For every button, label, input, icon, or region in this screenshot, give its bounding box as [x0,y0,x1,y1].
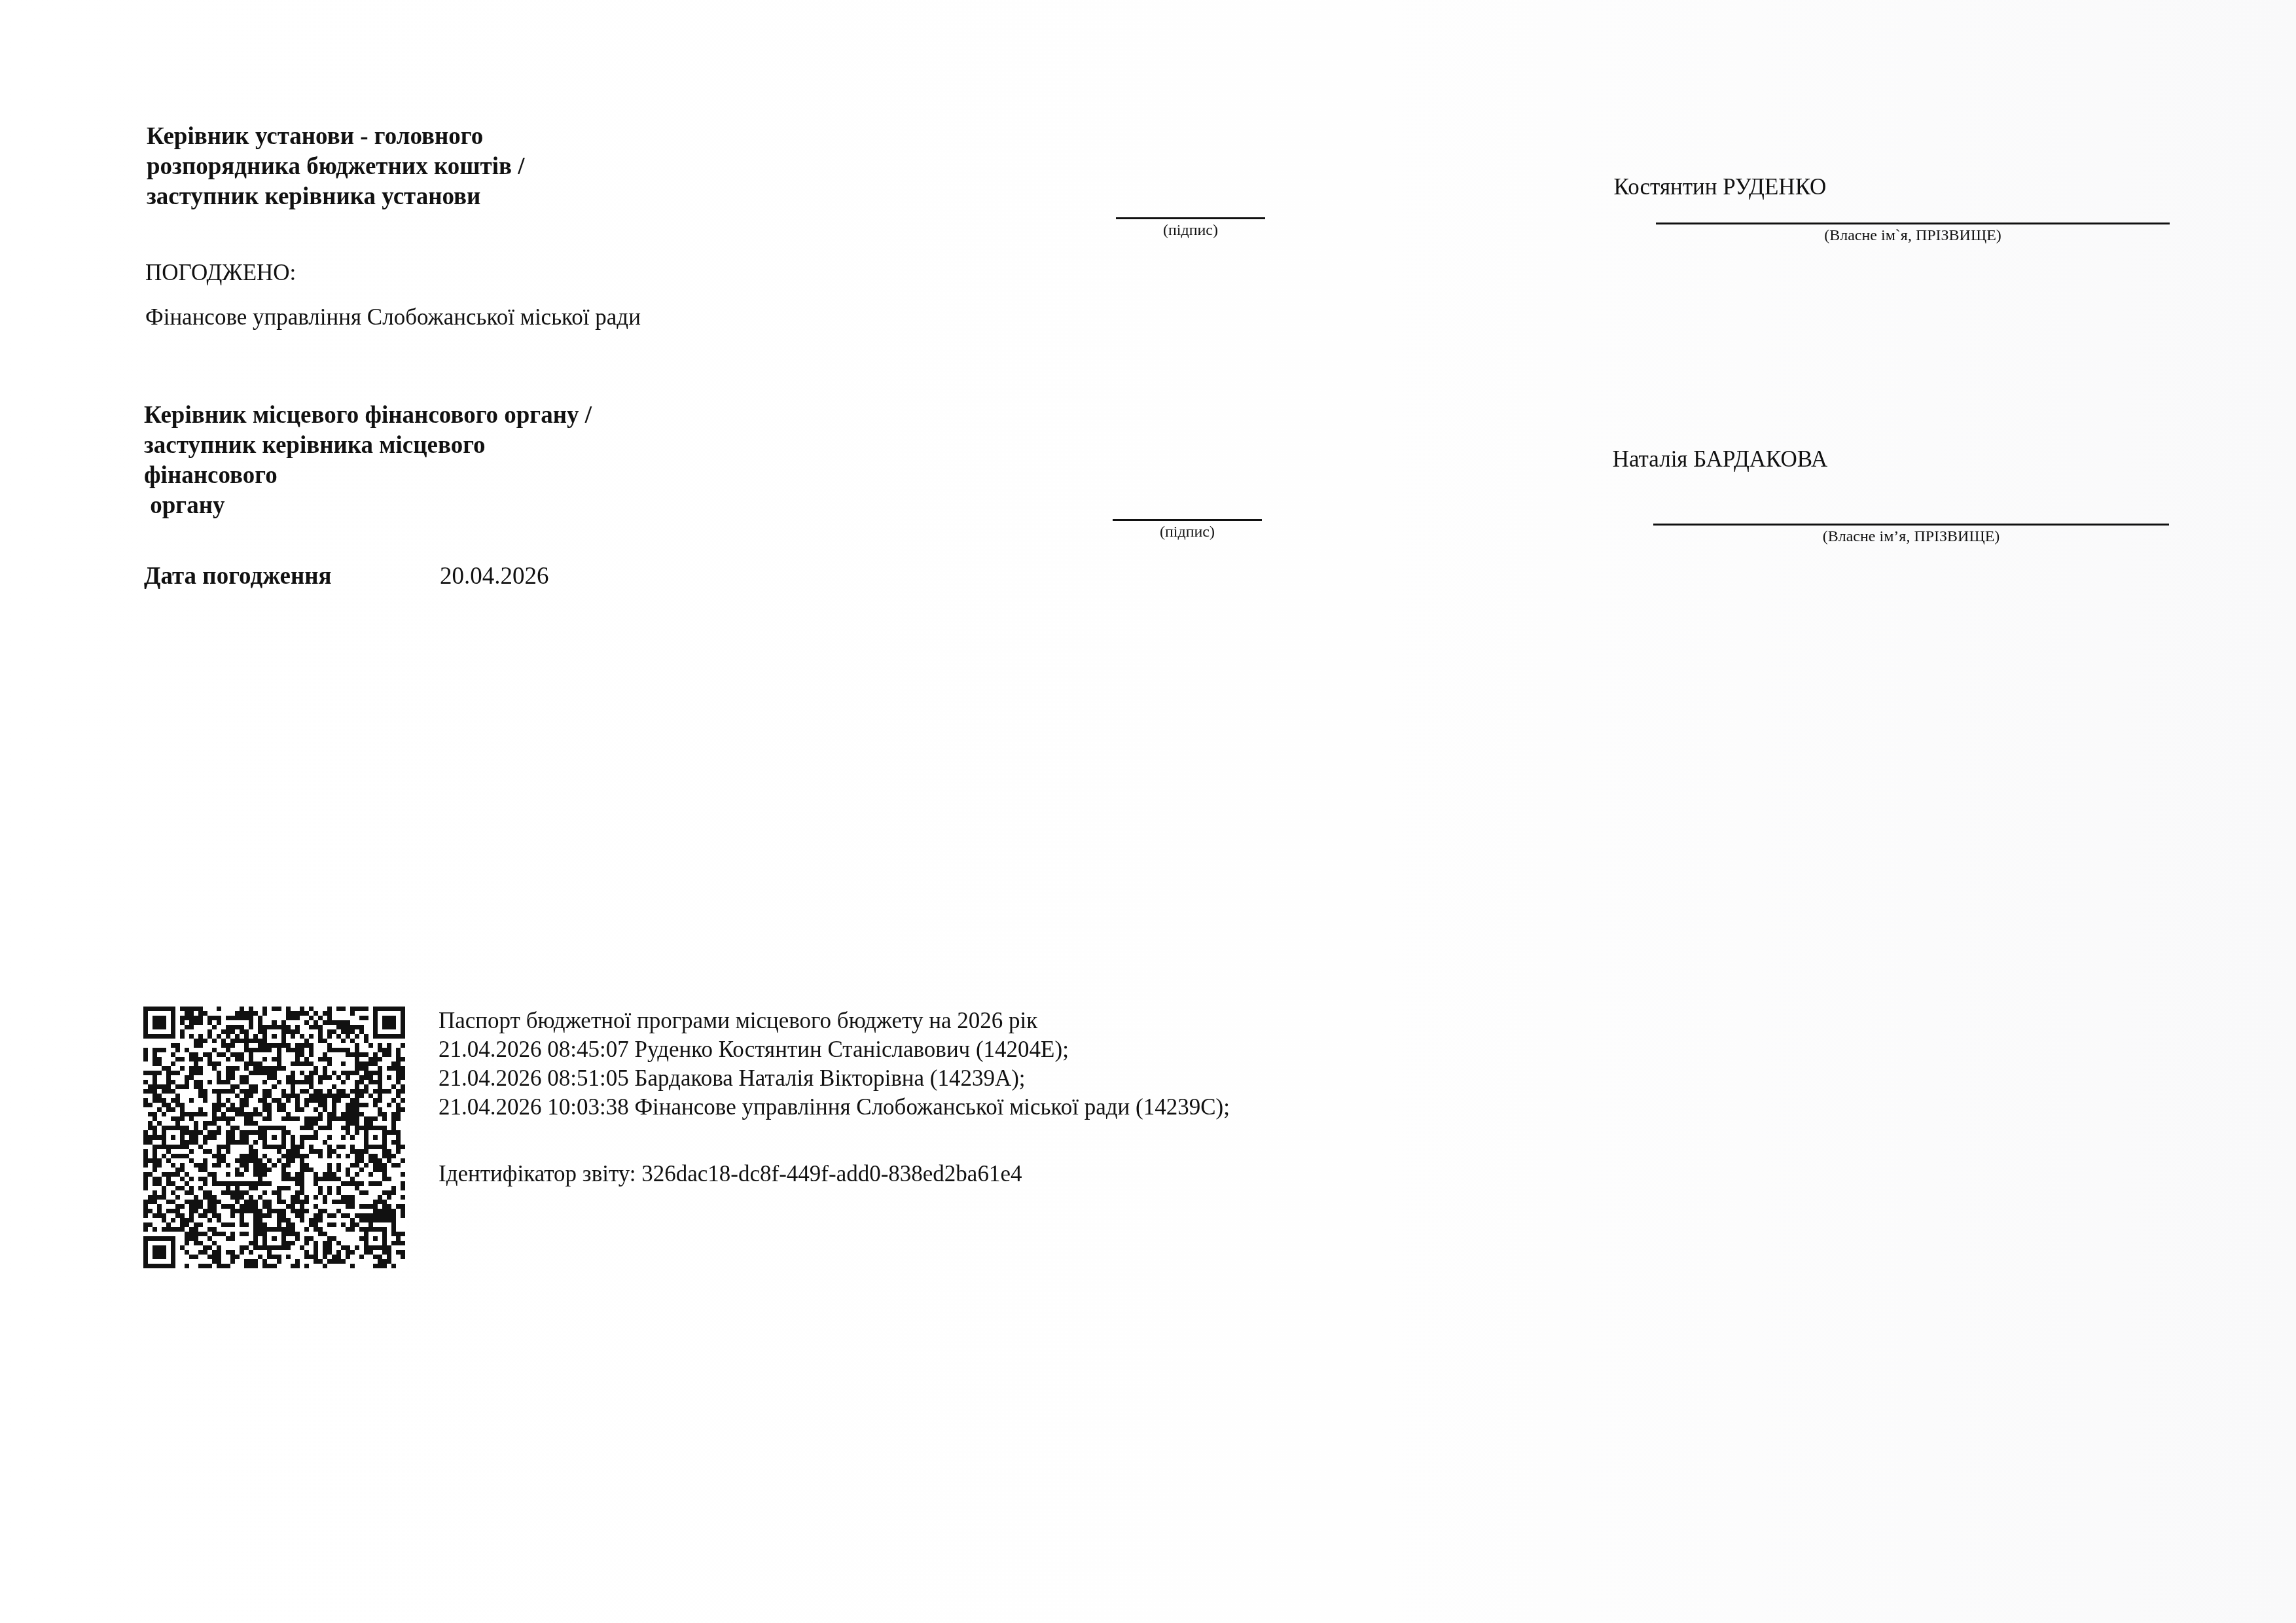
name-line [1653,524,2169,526]
qr-code-icon [140,1007,408,1268]
finance-role-line: Керівник місцевого фінансового органу / [144,401,733,431]
finance-role-title: Керівник місцевого фінансового органу / … [144,401,733,521]
head-role-line: Керівник установи - головного [147,122,736,152]
signature-log: Паспорт бюджетної програми місцевого бюд… [439,1007,1230,1122]
report-identifier: Ідентифікатор звіту: 326dac18-dc8f-449f-… [439,1160,1022,1188]
head-role-line: розпорядника бюджетних коштів / [147,152,736,182]
approved-organization: Фінансове управління Слобожанської міськ… [145,303,641,332]
signature-line [1113,519,1262,521]
head-role-line: заступник керівника установи [147,182,736,212]
signer-name: Костянтин РУДЕНКО [1393,173,2047,202]
name-caption: (Власне ім`я, ПРІЗВИЩЕ) [1656,226,2170,245]
signature-line [1116,217,1265,219]
approval-date-value: 20.04.2026 [440,562,549,592]
finance-role-line: заступник керівника місцевого [144,431,733,461]
head-role-title: Керівник установи - головного розпорядни… [147,122,736,212]
document-page: Керівник установи - головного розпорядни… [0,0,2296,1623]
name-caption: (Власне ім’я, ПРІЗВИЩЕ) [1653,527,2169,546]
finance-role-line: органу [144,491,733,521]
approved-label: ПОГОДЖЕНО: [145,259,296,287]
signer-name: Наталія БАРДАКОВА [1393,445,2047,474]
document-title: Паспорт бюджетної програми місцевого бюд… [439,1007,1230,1035]
signature-caption: (підпис) [1116,221,1265,240]
sign-log-entry: 21.04.2026 10:03:38 Фінансове управління… [439,1093,1230,1122]
signature-caption: (підпис) [1113,523,1262,541]
name-line [1656,223,2170,224]
approval-date-label: Дата погодження [144,562,332,592]
finance-role-line: фінансового [144,461,733,491]
sign-log-entry: 21.04.2026 08:51:05 Бардакова Наталія Ві… [439,1064,1230,1093]
sign-log-entry: 21.04.2026 08:45:07 Руденко Костянтин Ст… [439,1035,1230,1064]
